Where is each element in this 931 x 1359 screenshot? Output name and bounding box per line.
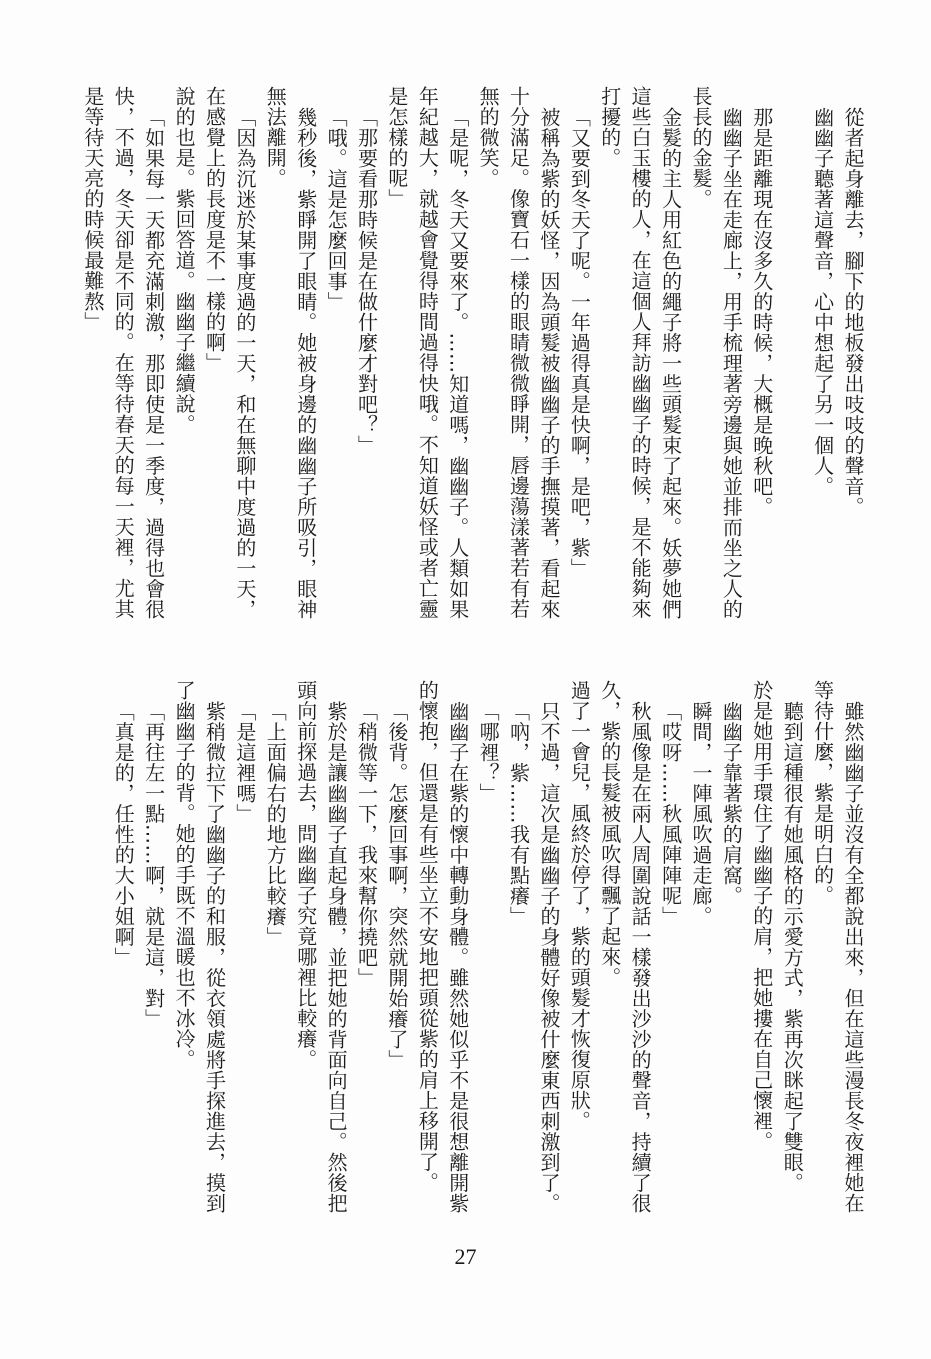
text-line: 幽幽子靠著紫的肩窩。 bbox=[716, 680, 746, 1225]
text-line: 在感覺上的長度是不一樣的啊」 bbox=[199, 86, 229, 631]
text-line: 只不過，這次是幽幽子的身體好像被什麼東西刺激到了。 bbox=[534, 680, 564, 1225]
text-line: 金髮的主人用紅色的繩子將一些頭髮束了起來。妖夢她們 bbox=[655, 86, 685, 631]
text-line: 了幽幽子的背。她的手既不溫暖也不冰冷。 bbox=[169, 680, 199, 1225]
text-line: 說的也是。紫回答道。幽幽子繼續說。 bbox=[169, 86, 199, 631]
text-line: 「又要到冬天了呢。一年過得真是快啊，是吧，紫」 bbox=[564, 86, 594, 631]
text-line: 聽到這種很有她風格的示愛方式，紫再次眯起了雙眼。 bbox=[777, 680, 807, 1225]
text-line: 幽幽子在紫的懷中轉動身體。雖然她似乎不是很想離開紫 bbox=[442, 680, 472, 1225]
text-line: 等待什麼，紫是明白的。 bbox=[807, 680, 837, 1225]
text-line: 是怎樣的呢」 bbox=[382, 86, 412, 631]
text-line: 的懷抱，但還是有些坐立不安地把頭從紫的肩上移開了。 bbox=[412, 680, 442, 1225]
text-line: 「那要看那時候是在做什麼才對吧？」 bbox=[351, 86, 381, 631]
text-line: 是等待天亮的時候最難熬」 bbox=[77, 86, 107, 631]
text-line bbox=[777, 86, 807, 631]
text-line: 幾秒後，紫睜開了眼睛。她被身邊的幽幽子所吸引，眼神 bbox=[290, 86, 320, 631]
text-line: 頭向前探過去，問幽幽子究竟哪裡比較癢。 bbox=[290, 680, 320, 1225]
text-line: 「後背。怎麼回事啊，突然就開始癢了」 bbox=[382, 680, 412, 1225]
text-line: 「是呢，冬天又要來了。……知道嗎，幽幽子。人類如果 bbox=[442, 86, 472, 631]
book-page: 從者起身離去，腳下的地板發出吱吱的聲音。幽幽子聽著這聲音，心中想起了另一個人。 … bbox=[0, 0, 931, 1359]
top-text-block: 從者起身離去，腳下的地板發出吱吱的聲音。幽幽子聽著這聲音，心中想起了另一個人。 … bbox=[68, 86, 868, 631]
text-line: 幽幽子坐在走廊上，用手梳理著旁邊與她並排而坐之人的 bbox=[716, 86, 746, 631]
text-line: 紫於是讓幽幽子直起身體，並把她的背面向自己。然後把 bbox=[321, 680, 351, 1225]
text-line: 「如果每一天都充滿刺激，那即使是一季度，過得也會很 bbox=[138, 86, 168, 631]
text-line: 「哦。這是怎麼回事」 bbox=[321, 86, 351, 631]
text-line: 長長的金髮。 bbox=[686, 86, 716, 631]
text-line: 那是距離現在沒多久的時候，大概是晚秋吧。 bbox=[746, 86, 776, 631]
text-line: 「哎呀……秋風陣陣呢」 bbox=[655, 680, 685, 1225]
bottom-text-block: 雖然幽幽子並沒有全都說出來，但在這些漫長冬夜裡她在等待什麼，紫是明白的。聽到這種… bbox=[68, 680, 868, 1225]
text-line: 年紀越大，就越會覺得時間過得快哦。不知道妖怪或者亡靈 bbox=[412, 86, 442, 631]
text-line: 紫稍微拉下了幽幽子的和服，從衣領處將手探進去，摸到 bbox=[199, 680, 229, 1225]
text-line: 「上面偏右的地方比較癢」 bbox=[260, 680, 290, 1225]
text-line: 被稱為紫的妖怪，因為頭髮被幽幽子的手撫摸著，看起來 bbox=[534, 86, 564, 631]
text-line: 這些白玉樓的人，在這個人拜訪幽幽子的時候，是不能夠來 bbox=[625, 86, 655, 631]
text-line: 無法離開。 bbox=[260, 86, 290, 631]
text-line: 過了一會兒，風終於停了，紫的頭髮才恢復原狀。 bbox=[564, 680, 594, 1225]
text-line: 「是這裡嗎」 bbox=[229, 680, 259, 1225]
text-line: 「吶，紫……我有點癢」 bbox=[503, 680, 533, 1225]
text-line: 雖然幽幽子並沒有全都說出來，但在這些漫長冬夜裡她在 bbox=[838, 680, 868, 1225]
text-line: 於是她用手環住了幽幽子的肩，把她摟在自己懷裡。 bbox=[746, 680, 776, 1225]
text-line: 快，不過，冬天卻是不同的。在等待春天的每一天裡，尤其 bbox=[108, 86, 138, 631]
text-line: 「真是的，任性的大小姐啊」 bbox=[108, 680, 138, 1225]
text-line: 十分滿足。像寶石一樣的眼睛微微睜開，唇邊蕩漾著若有若 bbox=[503, 86, 533, 631]
text-line: 幽幽子聽著這聲音，心中想起了另一個人。 bbox=[807, 86, 837, 631]
text-line: 「稍微等一下，我來幫你撓吧」 bbox=[351, 680, 381, 1225]
text-line: 「因為沉迷於某事度過的一天，和在無聊中度過的一天， bbox=[229, 86, 259, 631]
text-line: 瞬間，一陣風吹過走廊。 bbox=[686, 680, 716, 1225]
text-line: 打擾的。 bbox=[594, 86, 624, 631]
text-line: 「哪裡？」 bbox=[473, 680, 503, 1225]
text-line: 「再往左一點……啊，就是這，對」 bbox=[138, 680, 168, 1225]
page-number: 27 bbox=[0, 1244, 931, 1270]
text-line: 秋風像是在兩人周圍說話一樣發出沙沙的聲音，持續了很 bbox=[625, 680, 655, 1225]
text-line: 無的微笑。 bbox=[473, 86, 503, 631]
text-line: 從者起身離去，腳下的地板發出吱吱的聲音。 bbox=[838, 86, 868, 631]
text-line: 久，紫的長髮被風吹得飄了起來。 bbox=[594, 680, 624, 1225]
